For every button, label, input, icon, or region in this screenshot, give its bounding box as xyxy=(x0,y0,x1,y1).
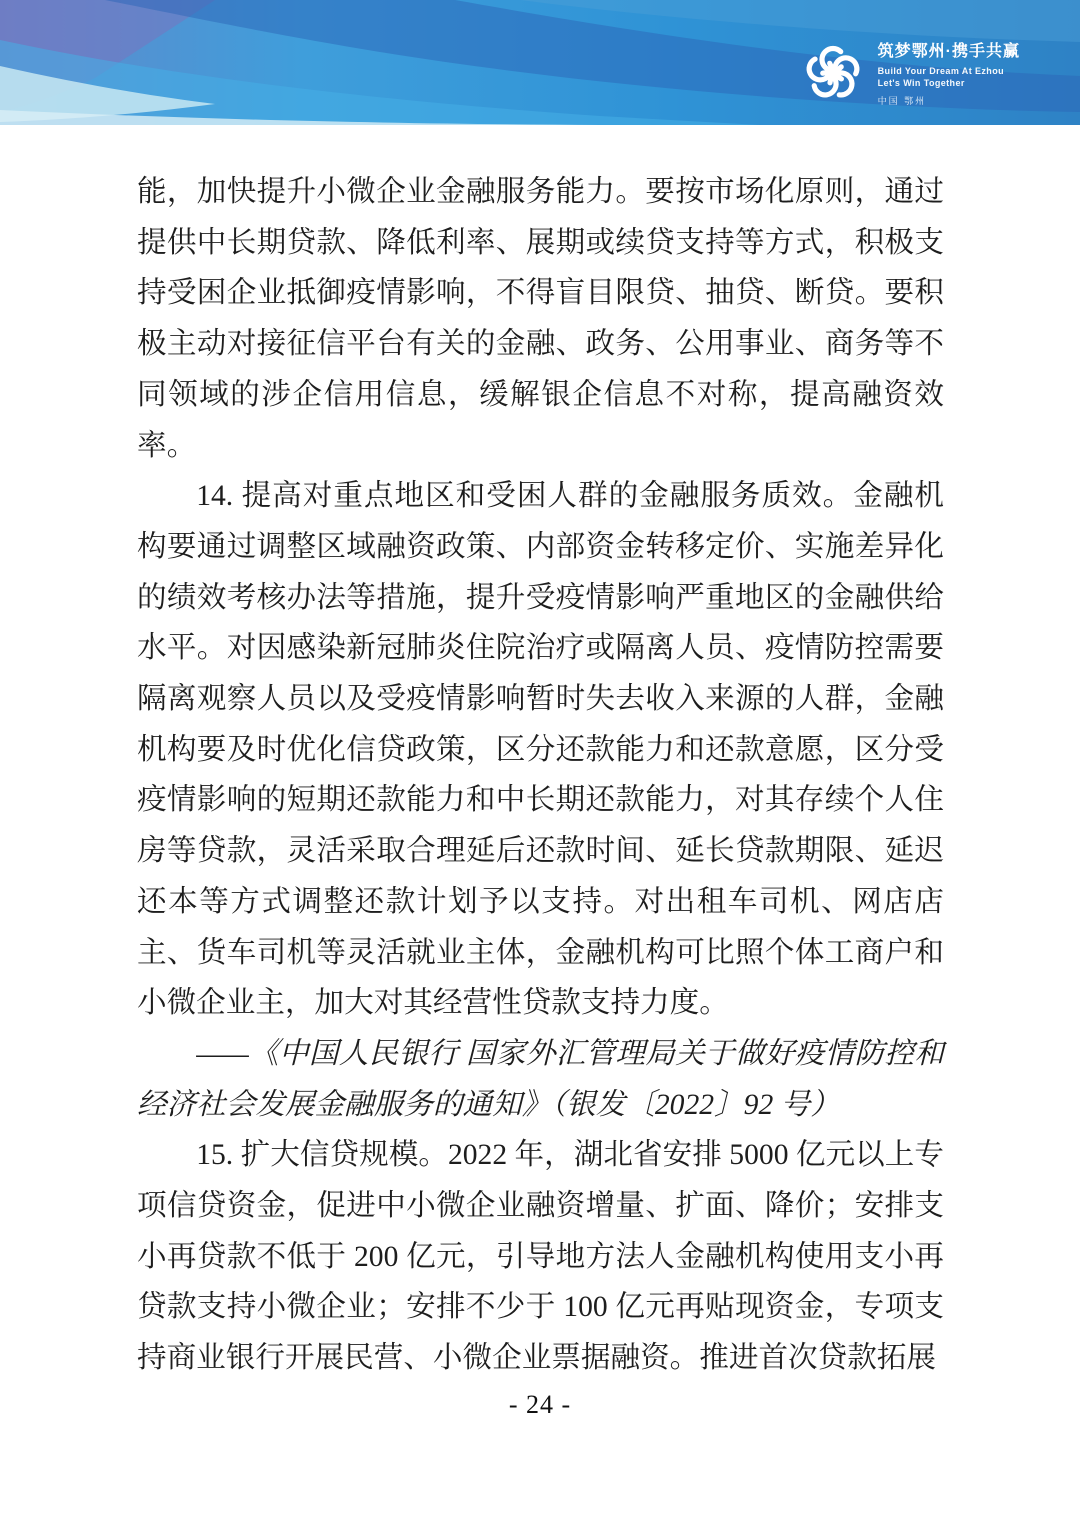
logo-region: 中国 鄂州 xyxy=(878,94,1020,107)
paragraph-citation-source: ——《中国人民银行 国家外汇管理局关于做好疫情防控和经济社会发展金融服务的通知》… xyxy=(137,1029,944,1130)
document-body: 能，加快提升小微企业金融服务能力。要按市场化原则，通过提供中长期贷款、降低利率、… xyxy=(137,167,944,1384)
paragraph-item-14: 14. 提高对重点地区和受困人群的金融服务质效。金融机构要通过调整区域融资政策、… xyxy=(137,471,944,1029)
paragraph-continued-from-previous-page: 能，加快提升小微企业金融服务能力。要按市场化原则，通过提供中长期贷款、降低利率、… xyxy=(137,167,944,471)
page-number: - 24 - xyxy=(509,1390,571,1419)
paragraph-item-15: 15. 扩大信贷规模。2022 年，湖北省安排 5000 亿元以上专项信贷资金，… xyxy=(137,1130,944,1384)
logo-subtitle-en-2: Let's Win Together xyxy=(878,78,1020,88)
logo-text-block: 筑梦鄂州·携手共赢 Build Your Dream At Ezhou Let'… xyxy=(878,38,1020,107)
document-page: 筑梦鄂州·携手共赢 Build Your Dream At Ezhou Let'… xyxy=(0,0,1080,1528)
brand-logo: 筑梦鄂州·携手共赢 Build Your Dream At Ezhou Let'… xyxy=(799,38,1020,107)
logo-subtitle-en-1: Build Your Dream At Ezhou xyxy=(878,66,1020,76)
page-footer: - 24 - xyxy=(0,1390,1080,1420)
page-header-banner: 筑梦鄂州·携手共赢 Build Your Dream At Ezhou Let'… xyxy=(0,0,1080,125)
logo-title: 筑梦鄂州·携手共赢 xyxy=(878,38,1020,61)
pinwheel-flower-icon xyxy=(799,39,867,107)
